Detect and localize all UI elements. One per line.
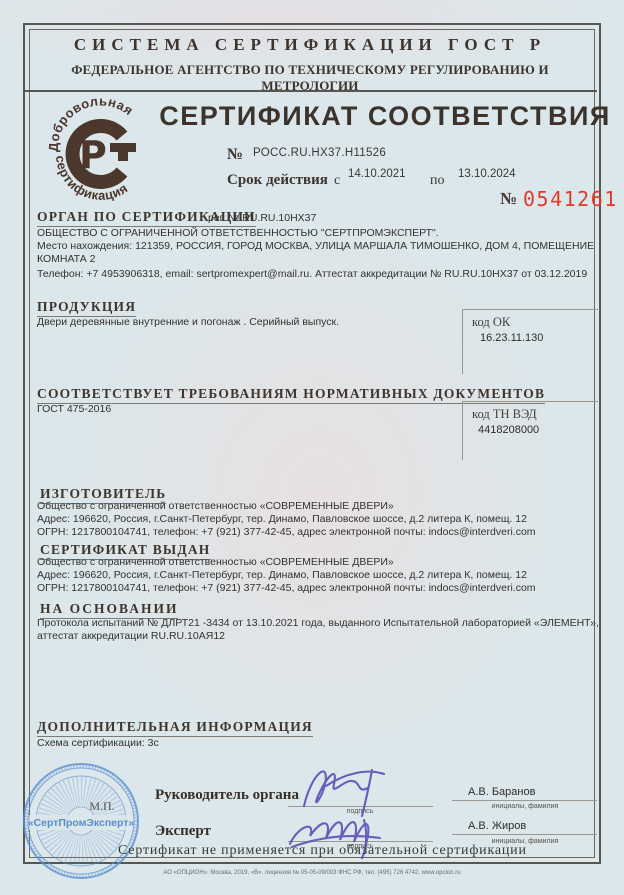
- organ-name: ОБЩЕСТВО С ОГРАНИЧЕННОЙ ОТВЕТСТВЕННОСТЬЮ…: [37, 227, 595, 240]
- product-description: Двери деревянные внутренние и погонаж . …: [37, 316, 447, 329]
- certificate-title: СЕРТИФИКАТ СООТВЕТСТВИЯ: [155, 101, 615, 132]
- header-box: СИСТЕМА СЕРТИФИКАЦИИ ГОСТ Р ФЕДЕРАЛЬНОЕ …: [23, 23, 597, 92]
- issued-contacts: ОГРН: 1217800104741, телефон: +7 (921) 3…: [37, 582, 595, 595]
- organ-reg-number: рег. № RU.RU.10HX37: [208, 212, 316, 224]
- basis-protocol: Протокола испытаний № ДЛРТ21 -3434 от 13…: [37, 617, 602, 630]
- manufacturer-address: Адрес: 196620, Россия, г.Санкт-Петербург…: [37, 513, 595, 526]
- code-ok-value: 16.23.11.130: [480, 332, 598, 344]
- additional-section-title: ДОПОЛНИТЕЛЬНАЯ ИНФОРМАЦИЯ: [37, 719, 313, 737]
- head-name-caption: инициалы, фамилия: [480, 803, 570, 810]
- stamp-center-text: «СертПромЭксперт»: [28, 817, 135, 829]
- cert-number: РОСС.RU.HX37.H11526: [253, 147, 386, 159]
- blank-number: 0541261: [523, 187, 618, 211]
- manufacturer-contacts: ОГРН: 1217800104741, телефон: +7 (921) 3…: [37, 526, 595, 539]
- code-tnved-value: 4418208000: [478, 424, 598, 436]
- rst-monogram-icon: Р: [73, 126, 136, 182]
- footnote: Сертификат не применяется при обязательн…: [118, 843, 527, 859]
- printer-imprint: АО «ОПЦИОН». Москва, 2019, «В». лицензия…: [0, 870, 624, 876]
- issued-address: Адрес: 196620, Россия, г.Санкт-Петербург…: [37, 569, 595, 582]
- system-title: СИСТЕМА СЕРТИФИКАЦИИ ГОСТ Р: [23, 35, 597, 55]
- code-tnved-label: код ТН ВЭД: [472, 407, 598, 422]
- manufacturer-name: Общество с ограниченной ответственностью…: [37, 500, 595, 513]
- expert-name-line: [452, 819, 597, 835]
- validity-from-label: с: [334, 173, 340, 189]
- expert-role-label: Эксперт: [155, 823, 211, 840]
- conforms-standard: ГОСТ 475-2016: [37, 403, 447, 416]
- svg-text:Р: Р: [79, 133, 107, 177]
- product-section-title: ПРОДУКЦИЯ: [37, 299, 136, 317]
- code-ok-box: код ОК 16.23.11.130: [462, 309, 598, 374]
- stamp-mp-label: М.П.: [89, 799, 114, 813]
- certificate-page: СИСТЕМА СЕРТИФИКАЦИИ ГОСТ Р ФЕДЕРАЛЬНОЕ …: [0, 0, 624, 895]
- blank-no-sign: №: [500, 189, 517, 209]
- validity-label: Срок действия: [227, 172, 328, 189]
- organ-address-2: КОМНАТА 2: [37, 253, 595, 266]
- cert-no-sign: №: [227, 146, 243, 164]
- code-tnved-box: код ТН ВЭД 4418208000: [462, 401, 598, 460]
- agency-title: ФЕДЕРАЛЬНОЕ АГЕНТСТВО ПО ТЕХНИЧЕСКОМУ РЕ…: [23, 62, 597, 94]
- organ-contacts: Телефон: +7 4953906318, email: sertprome…: [37, 268, 595, 281]
- issued-name: Общество с ограниченной ответственностью…: [37, 556, 595, 569]
- head-name-line: [452, 785, 597, 801]
- code-ok-label: код ОК: [472, 315, 598, 330]
- validity-from-date: 14.10.2021: [348, 168, 406, 180]
- rst-logo: Добровольная сертификация Р: [46, 96, 156, 206]
- validity-to-label: по: [430, 173, 445, 189]
- basis-accreditation: аттестат аккредитации RU.RU.10АЯ12: [37, 630, 602, 643]
- validity-to-date: 13.10.2024: [458, 168, 516, 180]
